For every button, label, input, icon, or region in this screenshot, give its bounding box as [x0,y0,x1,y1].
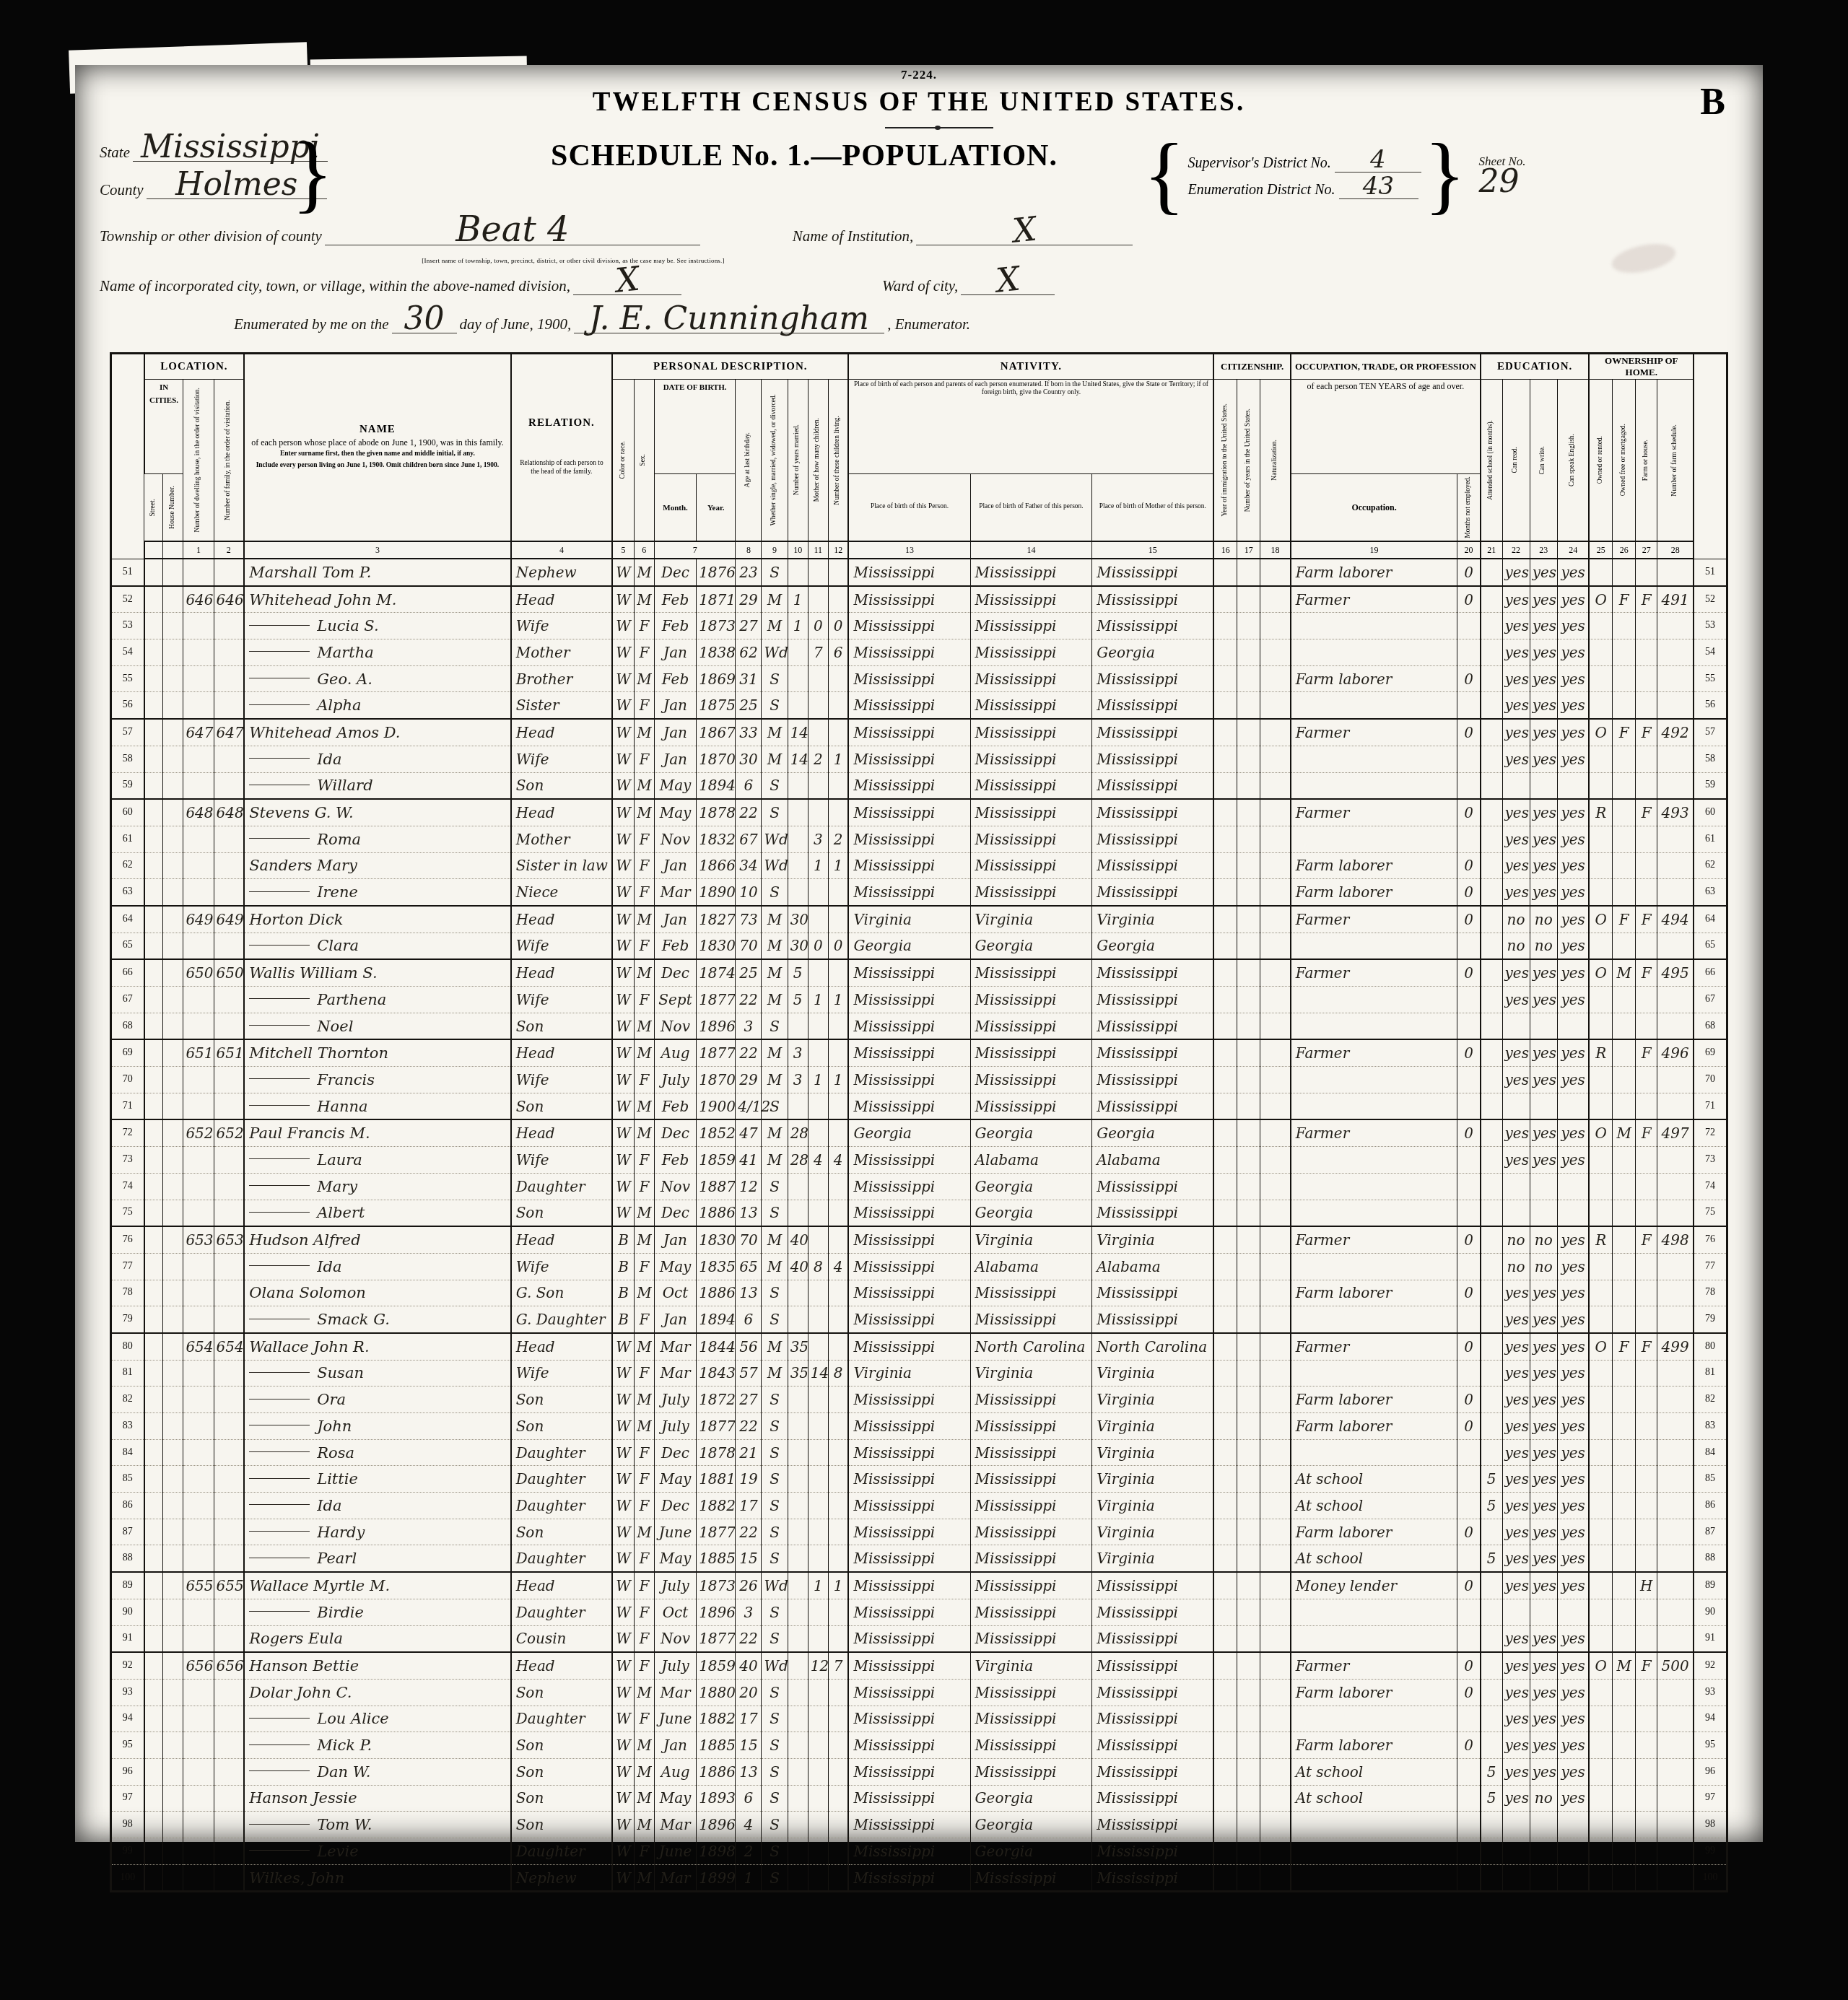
cell-children-born: 0 [808,933,828,959]
cell-attended-school [1481,852,1502,879]
cell-years-married [788,826,808,852]
cell-relation: Daughter [511,1439,613,1466]
ditto-dash [249,1744,310,1745]
cell-farm-schedule [1657,1545,1694,1572]
cell-children-living [828,772,848,799]
cell-months-not-employed [1457,1439,1481,1466]
cell-can-speak: yes [1557,692,1589,719]
ditto-dash [249,1770,310,1771]
cell-children-living [828,879,848,906]
cell-family-number: 656 [214,1652,244,1679]
cell-owned-rented [1589,1864,1612,1892]
cell-children-born: 2 [808,746,828,772]
cell-farm-house [1636,1253,1657,1280]
cell-children-living: 1 [828,1067,848,1093]
colnum: 22 [1502,541,1530,559]
table-row: 82OraSonWMJuly187227SMississippiMississi… [111,1387,1727,1413]
cell-farm-house [1636,1493,1657,1519]
cell-birth-month: Jan [654,719,696,746]
cell-immigration-year [1213,1226,1237,1253]
cell-color: W [612,1493,634,1519]
cell-attended-school [1481,772,1502,799]
cell-mother-birthplace: Virginia [1092,1387,1214,1413]
line-number-right: 89 [1694,1572,1727,1599]
cell-years-in-us [1237,559,1260,586]
cell-farm-house [1636,1173,1657,1200]
cell-children-born [808,1545,828,1572]
cell-birth-month: Feb [654,613,696,639]
cell-dwelling-number [183,1013,214,1039]
cell-owned-rented: O [1589,1333,1612,1360]
ditto-dash [249,1265,310,1266]
cell-can-write [1530,1200,1557,1226]
cell-relation: Mother [511,826,613,852]
table-row: 93Dolar John C.SonWMMar188020SMississipp… [111,1679,1727,1706]
cell-birthplace: Mississippi [848,1173,970,1200]
cell-can-speak: yes [1557,1732,1589,1759]
cell-name: Rosa [244,1439,510,1466]
colnum: 6 [634,541,654,559]
cell-color: W [612,1466,634,1493]
cell-birthplace: Mississippi [848,1333,970,1360]
cell-color: W [612,719,634,746]
cell-occupation [1291,1360,1457,1387]
cell-years-in-us [1237,1333,1260,1360]
cell-owned-free [1613,1679,1636,1706]
cell-marital: M [762,1067,788,1093]
cell-naturalization [1260,1758,1291,1785]
cell-owned-free [1613,933,1636,959]
cell-children-born [808,1039,828,1066]
cell-birth-year: 1886 [697,1758,736,1785]
cell-can-read: yes [1502,1466,1530,1493]
line-number-left: 57 [111,719,144,746]
cell-street [144,1439,163,1466]
cell-owned-rented [1589,1360,1612,1387]
cell-naturalization [1260,1706,1291,1732]
cell-farm-schedule [1657,1253,1694,1280]
cell-can-read: yes [1502,559,1530,586]
cell-relation: Wife [511,1067,613,1093]
cell-naturalization [1260,692,1291,719]
enumerated-line: Enumerated by me on the 30 day of June, … [234,306,970,333]
township-label: Township or other division of county [100,227,322,245]
cell-birth-year: 1869 [697,665,736,692]
cell-children-born: 7 [808,639,828,666]
line-number-right: 71 [1694,1093,1727,1119]
cell-age: 40 [736,1652,762,1679]
cell-dwelling-number: 652 [183,1119,214,1146]
cell-owned-free [1613,1545,1636,1572]
cell-children-born [808,799,828,826]
cell-birth-month: Jan [654,692,696,719]
cell-dwelling-number: 646 [183,586,214,613]
cell-farm-schedule [1657,772,1694,799]
cell-dwelling-number [183,1439,214,1466]
cell-street [144,987,163,1013]
cell-birth-month: Feb [654,665,696,692]
cell-can-speak: yes [1557,559,1589,586]
cell-owned-free [1613,1280,1636,1306]
cell-children-born [808,906,828,933]
table-row: 51Marshall Tom P.NephewWMDec187623SMissi… [111,559,1727,586]
line-number-left: 99 [111,1838,144,1865]
cell-attended-school [1481,933,1502,959]
cell-sex: F [634,852,654,879]
cell-birthplace: Mississippi [848,1093,970,1119]
cell-sex: F [634,692,654,719]
cell-naturalization [1260,639,1291,666]
table-row: 59WillardSonWMMay18946SMississippiMissis… [111,772,1727,799]
cell-name: Parthena [244,987,510,1013]
cell-occupation: At school [1291,1785,1457,1812]
cell-children-born [808,719,828,746]
cell-birth-month: Mar [654,1333,696,1360]
cell-house-number [163,1280,183,1306]
cell-years-married: 40 [788,1226,808,1253]
group-personal: PERSONAL DESCRIPTION. [612,354,848,380]
cell-house-number [163,879,183,906]
cell-can-read: yes [1502,987,1530,1013]
cell-street [144,1013,163,1039]
cell-years-married [788,1545,808,1572]
cell-age: 29 [736,586,762,613]
table-row: 86IdaDaughterWFDec188217SMississippiMiss… [111,1493,1727,1519]
cell-children-living [828,1545,848,1572]
cell-dwelling-number [183,826,214,852]
city-label: Name of incorporated city, town, or vill… [100,277,570,294]
cell-mother-birthplace: Mississippi [1092,1838,1214,1865]
cell-children-living [828,559,848,586]
cell-can-speak: yes [1557,1387,1589,1413]
cell-street [144,1360,163,1387]
line-number-right: 58 [1694,746,1727,772]
cell-children-living [828,719,848,746]
line-number-right: 64 [1694,906,1727,933]
cell-color: W [612,1013,634,1039]
cell-can-write: yes [1530,1333,1557,1360]
cell-name: Albert [244,1200,510,1226]
cell-mother-birthplace: Virginia [1092,1466,1214,1493]
cell-father-birthplace: Mississippi [970,1758,1092,1785]
cell-mother-birthplace: Mississippi [1092,1039,1214,1066]
line-number-left: 93 [111,1679,144,1706]
cell-relation: Wife [511,1253,613,1280]
cell-dwelling-number: 647 [183,719,214,746]
cell-sex: F [634,1439,654,1466]
cell-can-write: no [1530,1253,1557,1280]
table-header: LOCATION. NAME of each person whose plac… [111,354,1727,559]
cell-farm-house [1636,1093,1657,1119]
cell-occupation [1291,1706,1457,1732]
cell-dwelling-number [183,1067,214,1093]
cell-years-in-us [1237,665,1260,692]
cell-father-birthplace: Georgia [970,1838,1092,1865]
cell-name: Clara [244,933,510,959]
county-value: Holmes [175,166,297,203]
cell-can-speak [1557,1864,1589,1892]
cell-months-not-employed [1457,1173,1481,1200]
cell-farm-schedule [1657,692,1694,719]
cell-farm-schedule [1657,1519,1694,1545]
cell-mother-birthplace: Georgia [1092,1119,1214,1146]
enumeration-value: 43 [1363,172,1394,201]
cell-years-in-us [1237,746,1260,772]
cell-children-living [828,1706,848,1732]
cell-owned-free [1613,1785,1636,1812]
cell-can-speak [1557,1838,1589,1865]
cell-months-not-employed [1457,987,1481,1013]
cell-house-number [163,1093,183,1119]
cell-children-born [808,1119,828,1146]
cell-farm-schedule [1657,639,1694,666]
cell-can-write [1530,1838,1557,1865]
cell-marital: M [762,1039,788,1066]
cell-months-not-employed [1457,1067,1481,1093]
cell-relation: Son [511,1013,613,1039]
cell-relation: Sister [511,692,613,719]
cell-years-married [788,1758,808,1785]
cell-years-married [788,772,808,799]
cell-birth-year: 1898 [697,1838,736,1865]
cell-farm-schedule: 494 [1657,906,1694,933]
cell-children-living [828,1599,848,1625]
cell-can-read: yes [1502,1493,1530,1519]
cell-owned-rented [1589,639,1612,666]
colnum: 1 [183,541,214,559]
line-number-right: 90 [1694,1599,1727,1625]
table-row: 100Wilkes, JohnNephewWMMar18991SMississi… [111,1864,1727,1892]
cell-can-read: yes [1502,1387,1530,1413]
cell-farm-house [1636,1838,1657,1865]
cell-birthplace: Mississippi [848,1519,970,1545]
cell-farm-schedule [1657,1493,1694,1519]
cell-sex: F [634,987,654,1013]
line-number-left: 52 [111,586,144,613]
cell-relation: Daughter [511,1838,613,1865]
cell-dwelling-number: 648 [183,799,214,826]
cell-farm-house [1636,613,1657,639]
cell-name: Hanson Jessie [244,1785,510,1812]
cell-relation: Head [511,586,613,613]
cell-years-married: 5 [788,987,808,1013]
cell-owned-rented [1589,1706,1612,1732]
cell-birth-year: 1887 [697,1173,736,1200]
cell-farm-house [1636,1360,1657,1387]
cell-children-born [808,879,828,906]
line-number-right: 92 [1694,1652,1727,1679]
cell-can-speak: yes [1557,1785,1589,1812]
cell-color: W [612,1732,634,1759]
cell-immigration-year [1213,1387,1237,1413]
can-read-header: Can read. [1502,380,1530,542]
cell-color: W [612,906,634,933]
cell-color: W [612,1599,634,1625]
colnum-street [144,541,163,559]
cell-farm-schedule [1657,852,1694,879]
cell-birth-month: May [654,1253,696,1280]
ditto-dash [249,1319,310,1319]
cell-children-living [828,1413,848,1440]
cell-marital: M [762,613,788,639]
cell-mother-birthplace: Mississippi [1092,1200,1214,1226]
cell-birthplace: Mississippi [848,1067,970,1093]
cell-dwelling-number [183,852,214,879]
colnum: 28 [1657,541,1694,559]
cell-owned-free [1613,799,1636,826]
line-number-right: 88 [1694,1545,1727,1572]
cell-owned-free [1613,1572,1636,1599]
cell-family-number [214,1306,244,1333]
group-relation: RELATION. Relationship of each person to… [511,354,613,542]
line-number-right: 80 [1694,1333,1727,1360]
colnum: 18 [1260,541,1291,559]
cell-street [144,1679,163,1706]
cell-marital: M [762,1360,788,1387]
cell-name: Smack G. [244,1306,510,1333]
cell-color: W [612,987,634,1013]
cell-family-number [214,613,244,639]
cell-owned-rented [1589,1200,1612,1226]
cell-naturalization [1260,1519,1291,1545]
cell-relation: Head [511,1652,613,1679]
cell-months-not-employed [1457,1758,1481,1785]
cell-name: Mitchell Thornton [244,1039,510,1066]
cell-house-number [163,1387,183,1413]
line-number-right: 100 [1694,1864,1727,1892]
cell-months-not-employed: 0 [1457,1732,1481,1759]
cell-attended-school [1481,613,1502,639]
cell-street [144,1413,163,1440]
cell-years-married: 35 [788,1333,808,1360]
cell-father-birthplace: Mississippi [970,879,1092,906]
ditto-dash [249,1425,310,1425]
cell-marital: S [762,1519,788,1545]
cell-children-living: 7 [828,1652,848,1679]
enumeration-label: Enumeration District No. [1188,182,1335,198]
cell-farm-house [1636,826,1657,852]
cell-age: 1 [736,1864,762,1892]
cell-birth-year: 1893 [697,1785,736,1812]
cell-years-married: 40 [788,1253,808,1280]
pob-mother-header: Place of birth of Mother of this person. [1092,474,1214,542]
cell-occupation [1291,987,1457,1013]
cell-street [144,1599,163,1625]
cell-owned-free [1613,1466,1636,1493]
cell-immigration-year [1213,906,1237,933]
cell-owned-free [1613,1599,1636,1625]
colnum: 14 [970,541,1092,559]
cell-can-read: yes [1502,746,1530,772]
line-number-left: 84 [111,1439,144,1466]
enumerated-prefix: Enumerated by me on the [234,315,389,333]
table-row: 53Lucia S.WifeWFFeb187327M100Mississippi… [111,613,1727,639]
cell-family-number [214,1413,244,1440]
colnum: 10 [788,541,808,559]
cell-marital: S [762,559,788,586]
cell-father-birthplace: Georgia [970,1200,1092,1226]
cell-sex: F [634,1599,654,1625]
cell-sex: M [634,1679,654,1706]
cell-father-birthplace: Mississippi [970,799,1092,826]
cell-birth-month: June [654,1838,696,1865]
cell-birth-month: Mar [654,1360,696,1387]
cell-mother-birthplace: Virginia [1092,1545,1214,1572]
cell-birth-month: Mar [654,1812,696,1838]
cell-immigration-year [1213,879,1237,906]
cell-sex: F [634,1360,654,1387]
cell-color: W [612,1093,634,1119]
cell-birth-month: Mar [654,879,696,906]
cell-color: B [612,1306,634,1333]
group-citizenship: CITIZENSHIP. [1213,354,1290,380]
cell-relation: Son [511,1785,613,1812]
cell-street [144,1652,163,1679]
cell-farm-schedule [1657,1758,1694,1785]
cell-street [144,1253,163,1280]
cell-marital: M [762,1253,788,1280]
cell-father-birthplace: Mississippi [970,1039,1092,1066]
cell-birth-month: July [654,1652,696,1679]
cell-owned-rented [1589,1173,1612,1200]
cell-can-read: yes [1502,665,1530,692]
cell-birth-month: Jan [654,906,696,933]
cell-can-write: yes [1530,559,1557,586]
cell-relation: Daughter [511,1545,613,1572]
cell-owned-rented [1589,1147,1612,1174]
cell-birth-month: Nov [654,1173,696,1200]
cell-years-in-us [1237,852,1260,879]
cell-years-in-us [1237,1864,1260,1892]
cell-farm-schedule [1657,559,1694,586]
cell-mother-birthplace: Georgia [1092,933,1214,959]
table-row: 72652652Paul Francis M.HeadWMDec185247M2… [111,1119,1727,1146]
cell-occupation: At school [1291,1545,1457,1572]
cell-family-number: 655 [214,1572,244,1599]
cell-attended-school [1481,1706,1502,1732]
cell-family-number [214,852,244,879]
cell-years-married [788,799,808,826]
cell-immigration-year [1213,826,1237,852]
cell-street [144,1067,163,1093]
cell-can-speak: yes [1557,1758,1589,1785]
cell-owned-rented: R [1589,1039,1612,1066]
cell-farm-schedule [1657,933,1694,959]
table-row: 90BirdieDaughterWFOct18963SMississippiMi… [111,1599,1727,1625]
cell-naturalization [1260,1625,1291,1652]
cell-can-speak [1557,1093,1589,1119]
table-row: 88PearlDaughterWFMay188515SMississippiMi… [111,1545,1727,1572]
cell-father-birthplace: Mississippi [970,1679,1092,1706]
cell-sex: F [634,1545,654,1572]
cell-months-not-employed [1457,1625,1481,1652]
cell-years-married: 3 [788,1039,808,1066]
cell-age: 56 [736,1333,762,1360]
cell-birth-year: 1870 [697,1067,736,1093]
cell-color: W [612,746,634,772]
cell-children-living [828,1280,848,1306]
table-row: 61RomaMotherWFNov183267Wd32MississippiMi… [111,826,1727,852]
ditto-dash [249,1399,310,1399]
cell-occupation [1291,772,1457,799]
cell-marital: S [762,1493,788,1519]
cell-years-married: 28 [788,1147,808,1174]
colnum: 25 [1589,541,1612,559]
cell-years-married: 3 [788,1067,808,1093]
cell-age: 20 [736,1679,762,1706]
line-number-right: 84 [1694,1439,1727,1466]
cell-birth-month: Feb [654,586,696,613]
